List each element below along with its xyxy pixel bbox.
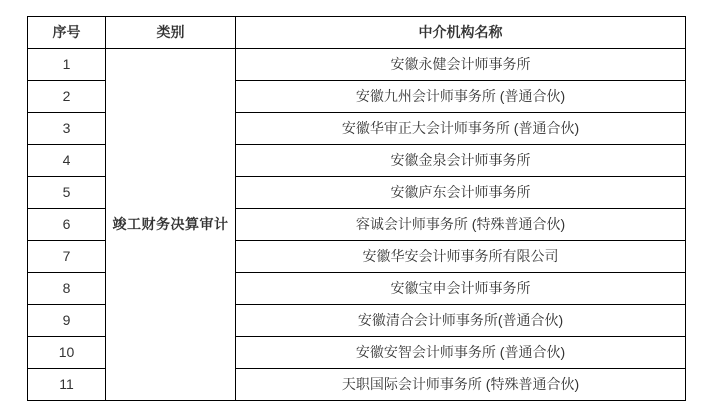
category-cell: 竣工财务决算审计 — [106, 49, 236, 401]
agency-name-cell: 安徽庐东会计师事务所 — [236, 177, 686, 209]
row-number-cell: 2 — [28, 81, 106, 113]
agency-name-cell: 容诚会计师事务所 (特殊普通合伙) — [236, 209, 686, 241]
row-number-cell: 9 — [28, 305, 106, 337]
header-cell-agency: 中介机构名称 — [236, 17, 686, 49]
row-number-cell: 10 — [28, 337, 106, 369]
row-number-cell: 11 — [28, 369, 106, 401]
agency-name-cell: 安徽华安会计师事务所有限公司 — [236, 241, 686, 273]
row-number-cell: 1 — [28, 49, 106, 81]
row-number-cell: 8 — [28, 273, 106, 305]
agency-name-cell: 安徽安智会计师事务所 (普通合伙) — [236, 337, 686, 369]
header-cell-no: 序号 — [28, 17, 106, 49]
agency-name-cell: 安徽宝申会计师事务所 — [236, 273, 686, 305]
row-number-cell: 5 — [28, 177, 106, 209]
agency-name-cell: 安徽金泉会计师事务所 — [236, 145, 686, 177]
header-cell-category: 类别 — [106, 17, 236, 49]
row-number-cell: 7 — [28, 241, 106, 273]
agency-name-cell: 安徽华审正大会计师事务所 (普通合伙) — [236, 113, 686, 145]
agency-name-cell: 安徽永健会计师事务所 — [236, 49, 686, 81]
agency-name-cell: 安徽九州会计师事务所 (普通合伙) — [236, 81, 686, 113]
agency-name-cell: 安徽清合会计师事务所(普通合伙) — [236, 305, 686, 337]
table-header-row: 序号 类别 中介机构名称 — [28, 17, 686, 49]
table-row: 1 竣工财务决算审计 安徽永健会计师事务所 — [28, 49, 686, 81]
row-number-cell: 3 — [28, 113, 106, 145]
row-number-cell: 6 — [28, 209, 106, 241]
intermediary-agency-table: 序号 类别 中介机构名称 1 竣工财务决算审计 安徽永健会计师事务所 2 安徽九… — [27, 16, 686, 401]
row-number-cell: 4 — [28, 145, 106, 177]
agency-name-cell: 天职国际会计师事务所 (特殊普通合伙) — [236, 369, 686, 401]
